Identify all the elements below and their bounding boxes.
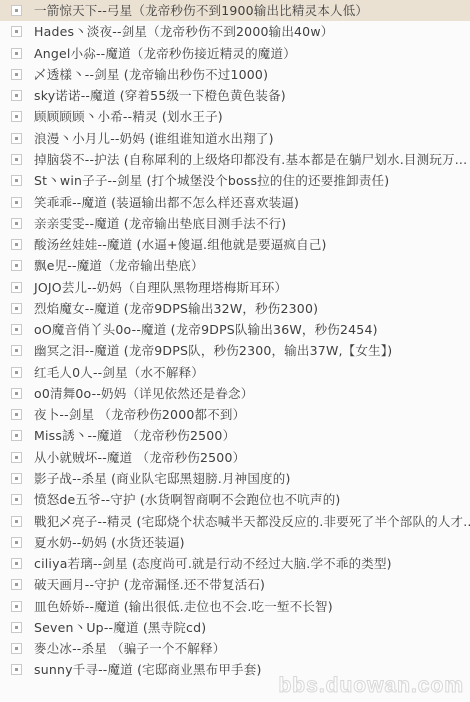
list-item: 酸汤丝娃娃--魔道 (水逼+傻逼.组他就是要逼疯自己) bbox=[0, 234, 470, 255]
list-item: 亲亲雯雯--魔道 (龙帝输出垫底目测手法不行) bbox=[0, 213, 470, 234]
square-bullet-icon bbox=[11, 260, 22, 271]
list-item: 皿色娇娇--魔道 (输出很低.走位也不会.吃一堑不长智) bbox=[0, 595, 470, 616]
list-item: 烈焰魔女--魔道 (龙帝9DPS输出32W，秒伤2300) bbox=[0, 298, 470, 319]
list-item: o0清舞0o--奶妈（详见依然还是眷念） bbox=[0, 383, 470, 404]
list-item: oO魔音俏丫头0o--魔道 (龙帝9DPS队输出36W，秒伤2454) bbox=[0, 319, 470, 340]
square-bullet-icon bbox=[11, 516, 22, 527]
list-item: 一箭惊天下--弓星（龙帝秒伤不到1900输出比精灵本人低） bbox=[0, 0, 470, 21]
player-rating-list: 一箭惊天下--弓星（龙帝秒伤不到1900输出比精灵本人低）Hades丶淡夜--剑… bbox=[0, 0, 470, 681]
square-bullet-icon bbox=[11, 282, 22, 293]
list-item: 夏水奶--奶妈 (水货还装逼) bbox=[0, 532, 470, 553]
list-item-text: 夏水奶--奶妈 (水货还装逼) bbox=[34, 532, 185, 553]
square-bullet-icon bbox=[11, 601, 22, 612]
list-item: 掉脑袋不--护法 (自称犀利的上级烙印都没有.基本都是在躺尸划水.目测玩万... bbox=[0, 149, 470, 170]
watermark: bbs.duowan.com bbox=[278, 674, 464, 698]
square-bullet-icon bbox=[11, 367, 22, 378]
list-item: 愤怒de五爷--守护 (水货啊智商啊不会跑位也不吭声的) bbox=[0, 489, 470, 510]
square-bullet-icon bbox=[11, 175, 22, 186]
square-bullet-icon bbox=[11, 324, 22, 335]
square-bullet-icon bbox=[11, 154, 22, 165]
list-item-text: Seven丶Up--魔道 (黑寺院cd) bbox=[34, 617, 206, 638]
square-bullet-icon bbox=[11, 537, 22, 548]
list-item-text: 红毛人0人--剑星（水不解释） bbox=[34, 362, 204, 383]
list-item: 笑乖乖--魔道 (装逼输出都不怎么样还喜欢装逼) bbox=[0, 191, 470, 212]
list-item-text: 戰犯乄亮子--精灵 (宅邸烧个状态喊半天都没反应的.非要死了半个部队的人才... bbox=[34, 511, 470, 532]
square-bullet-icon bbox=[11, 111, 22, 122]
square-bullet-icon bbox=[11, 218, 22, 229]
list-item: 从小就贼坏--魔道 （龙帝秒伤2500） bbox=[0, 447, 470, 468]
list-item: 浪漫丶小月儿--奶妈 (谁组谁知道水出翔了) bbox=[0, 128, 470, 149]
square-bullet-icon bbox=[11, 409, 22, 420]
list-item: St丶win子子--剑星 (打个城堡没个boss拉的住的还要推卸责任) bbox=[0, 170, 470, 191]
list-item-text: Angel小尛--魔道（龙帝秒伤接近精灵的魔道） bbox=[34, 43, 296, 64]
square-bullet-icon bbox=[11, 579, 22, 590]
forum-post-body: 一箭惊天下--弓星（龙帝秒伤不到1900输出比精灵本人低）Hades丶淡夜--剑… bbox=[0, 0, 470, 702]
square-bullet-icon bbox=[11, 345, 22, 356]
list-item-text: 乄透樣丶--剑星 (龙帝输出秒伤不过1000) bbox=[34, 64, 268, 85]
list-item: sky诺诺--魔道 (穿着55级一下橙色黄色装备) bbox=[0, 85, 470, 106]
list-item: 夜卜--剑星 （龙帝秒伤2000都不到） bbox=[0, 404, 470, 425]
list-item-text: 烈焰魔女--魔道 (龙帝9DPS输出32W，秒伤2300) bbox=[34, 298, 318, 319]
list-item: 麥尐冰--杀星 （骗子一个不解释） bbox=[0, 638, 470, 659]
square-bullet-icon bbox=[11, 452, 22, 463]
list-item-text: 夜卜--剑星 （龙帝秒伤2000都不到） bbox=[34, 404, 245, 425]
list-item-text: St丶win子子--剑星 (打个城堡没个boss拉的住的还要推卸责任) bbox=[34, 170, 389, 191]
square-bullet-icon bbox=[11, 48, 22, 59]
list-item: 乄透樣丶--剑星 (龙帝输出秒伤不过1000) bbox=[0, 64, 470, 85]
square-bullet-icon bbox=[11, 197, 22, 208]
square-bullet-icon bbox=[11, 26, 22, 37]
square-bullet-icon bbox=[11, 494, 22, 505]
list-item: JOJO芸儿--奶妈（自理队黑物理塔梅斯耳环） bbox=[0, 276, 470, 297]
square-bullet-icon bbox=[11, 622, 22, 633]
list-item: 红毛人0人--剑星（水不解释） bbox=[0, 362, 470, 383]
list-item-text: Miss誘丶--魔道 （龙帝秒伤2500） bbox=[34, 425, 235, 446]
list-item: Hades丶淡夜--剑星（龙帝秒伤不到2000输出40w） bbox=[0, 21, 470, 42]
list-item: Miss誘丶--魔道 （龙帝秒伤2500） bbox=[0, 425, 470, 446]
list-item-text: 影子战--杀星 (商业队宅邸黑翅膀.月神国度的) bbox=[34, 468, 291, 489]
list-item: ciliya若璃--剑星 (态度尚可.就是行动不经过大脑.学不乖的类型) bbox=[0, 553, 470, 574]
square-bullet-icon bbox=[11, 558, 22, 569]
square-bullet-icon bbox=[11, 664, 22, 675]
list-item-text: sky诺诺--魔道 (穿着55级一下橙色黄色装备) bbox=[34, 85, 286, 106]
square-bullet-icon bbox=[11, 643, 22, 654]
list-item-text: Hades丶淡夜--剑星（龙帝秒伤不到2000输出40w） bbox=[34, 21, 333, 42]
list-item-text: ciliya若璃--剑星 (态度尚可.就是行动不经过大脑.学不乖的类型) bbox=[34, 553, 392, 574]
list-item-text: 掉脑袋不--护法 (自称犀利的上级烙印都没有.基本都是在躺尸划水.目测玩万... bbox=[34, 149, 467, 170]
list-item: Seven丶Up--魔道 (黑寺院cd) bbox=[0, 617, 470, 638]
list-item-text: sunny千寻--魔道 (宅邸商业黑布甲手套) bbox=[34, 659, 262, 680]
square-bullet-icon bbox=[11, 388, 22, 399]
list-item-text: JOJO芸儿--奶妈（自理队黑物理塔梅斯耳环） bbox=[34, 277, 287, 298]
list-item-text: oO魔音俏丫头0o--魔道 (龙帝9DPS队输出36W，秒伤2454) bbox=[34, 319, 378, 340]
list-item-text: 幽冥之泪--魔道 (龙帝9DPS队，秒伤2300，输出37W,【女生】) bbox=[34, 340, 392, 361]
square-bullet-icon bbox=[11, 133, 22, 144]
list-item: 影子战--杀星 (商业队宅邸黑翅膀.月神国度的) bbox=[0, 468, 470, 489]
list-item-text: 麥尐冰--杀星 （骗子一个不解释） bbox=[34, 638, 225, 659]
list-item-text: 从小就贼坏--魔道 （龙帝秒伤2500） bbox=[34, 447, 245, 468]
list-item: 顾顾顾顾丶小希--精灵 (划水王子) bbox=[0, 106, 470, 127]
list-item: 幽冥之泪--魔道 (龙帝9DPS队，秒伤2300，输出37W,【女生】) bbox=[0, 340, 470, 361]
list-item: Angel小尛--魔道（龙帝秒伤接近精灵的魔道） bbox=[0, 43, 470, 64]
square-bullet-icon bbox=[11, 430, 22, 441]
square-bullet-icon bbox=[11, 473, 22, 484]
list-item-text: 皿色娇娇--魔道 (输出很低.走位也不会.吃一堑不长智) bbox=[34, 596, 333, 617]
square-bullet-icon bbox=[11, 90, 22, 101]
list-item: 飘e児--魔道（龙帝输出垫底） bbox=[0, 255, 470, 276]
list-item-text: o0清舞0o--奶妈（详见依然还是眷念） bbox=[34, 383, 253, 404]
list-item-text: 飘e児--魔道（龙帝输出垫底） bbox=[34, 255, 204, 276]
list-item-text: 破天画月--守护 (龙帝漏怪.还不带复活石) bbox=[34, 574, 265, 595]
square-bullet-icon bbox=[11, 5, 22, 16]
list-item-text: 愤怒de五爷--守护 (水货啊智商啊不会跑位也不吭声的) bbox=[34, 489, 340, 510]
list-item: 破天画月--守护 (龙帝漏怪.还不带复活石) bbox=[0, 574, 470, 595]
list-item-text: 笑乖乖--魔道 (装逼输出都不怎么样还喜欢装逼) bbox=[34, 192, 299, 213]
square-bullet-icon bbox=[11, 303, 22, 314]
list-item-text: 浪漫丶小月儿--奶妈 (谁组谁知道水出翔了) bbox=[34, 128, 274, 149]
list-item-text: 亲亲雯雯--魔道 (龙帝输出垫底目测手法不行) bbox=[34, 213, 286, 234]
square-bullet-icon bbox=[11, 69, 22, 80]
list-item: 戰犯乄亮子--精灵 (宅邸烧个状态喊半天都没反应的.非要死了半个部队的人才... bbox=[0, 510, 470, 531]
list-item-text: 顾顾顾顾丶小希--精灵 (划水王子) bbox=[34, 106, 223, 127]
list-item-text: 一箭惊天下--弓星（龙帝秒伤不到1900输出比精灵本人低） bbox=[34, 0, 368, 21]
square-bullet-icon bbox=[11, 239, 22, 250]
list-item-text: 酸汤丝娃娃--魔道 (水逼+傻逼.组他就是要逼疯自己) bbox=[34, 234, 327, 255]
